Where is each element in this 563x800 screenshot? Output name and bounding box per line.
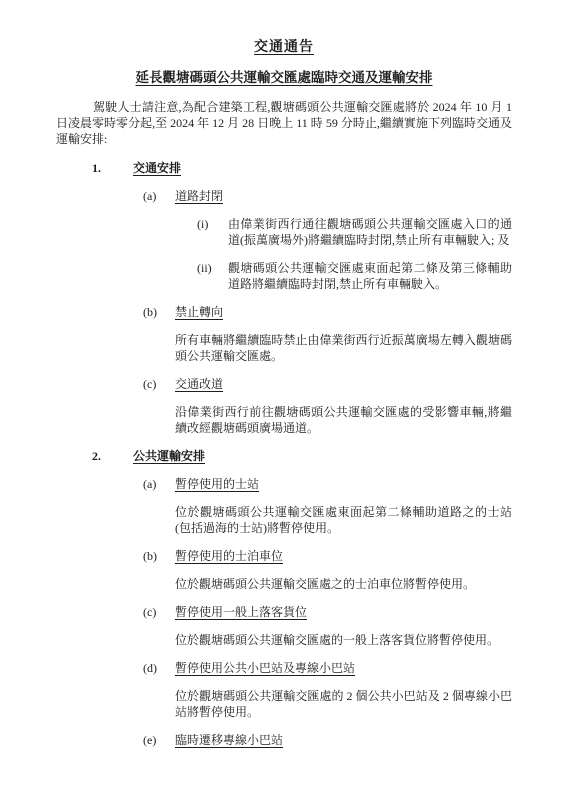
item-1b-heading-row: (b) 禁止轉向 [143,304,512,320]
item-1a-heading-row: (a) 道路封閉 [143,188,512,204]
subitem-marker: (i) [197,216,228,232]
item-marker: (d) [143,660,175,676]
item-marker: (c) [143,604,175,620]
item-2c-body: 位於觀塘碼頭公共運輸交匯處的一般上落客貨位將暫停使用。 [175,632,512,648]
item-heading: 臨時遷移專線小巴站 [175,732,283,748]
item-2a-body: 位於觀塘碼頭公共運輸交匯處東面起第二條輔助道路之的士站(包括過海的士站)將暫停使… [175,504,512,536]
item-2e-heading-row: (e) 臨時遷移專線小巴站 [143,732,512,748]
subitem-1a-i-row: (i) 由偉業街西行通往觀塘碼頭公共運輸交匯處入口的通道(振萬廣場外)將繼續臨時… [197,216,512,248]
item-heading: 暫停使用公共小巴站及專線小巴站 [175,660,355,676]
item-marker: (c) [143,376,175,392]
item-2b-heading-row: (b) 暫停使用的士泊車位 [143,548,512,564]
item-2c-heading-row: (c) 暫停使用一般上落客貨位 [143,604,512,620]
item-heading: 暫停使用的士站 [175,476,259,492]
section-heading: 公共運輸安排 [133,448,205,464]
item-marker: (e) [143,732,175,748]
subitem-1a-ii-row: (ii) 觀塘碼頭公共運輸交匯處東面起第二條及第三條輔助道路將繼續臨時封閉,禁止… [197,260,512,292]
doc-title: 交通通告 [56,39,512,56]
section-1-heading-row: 1. 交通安排 [92,160,512,176]
item-marker: (b) [143,304,175,320]
item-marker: (b) [143,548,175,564]
section-2-heading-row: 2. 公共運輸安排 [92,448,512,464]
item-heading: 交通改道 [175,376,223,392]
section-number: 1. [92,160,133,176]
intro-paragraph: 駕駛人士請注意,為配合建築工程,觀塘碼頭公共運輸交匯處將於 2024 年 10 … [56,99,512,147]
subitem-text: 由偉業街西行通往觀塘碼頭公共運輸交匯處入口的通道(振萬廣場外)將繼續臨時封閉,禁… [228,216,512,248]
item-marker: (a) [143,188,175,204]
item-heading: 暫停使用一般上落客貨位 [175,604,307,620]
item-2a-heading-row: (a) 暫停使用的士站 [143,476,512,492]
item-1b-body: 所有車輛將繼續臨時禁止由偉業街西行近振萬廣場左轉入觀塘碼頭公共運輸交匯處。 [175,332,512,364]
item-2b-body: 位於觀塘碼頭公共運輸交匯處之的士泊車位將暫停使用。 [175,576,512,592]
section-heading: 交通安排 [133,160,181,176]
subitem-marker: (ii) [197,260,228,276]
doc-title-text: 交通通告 [254,40,314,55]
document-page: 交通通告 延長觀塘碼頭公共運輸交匯處臨時交通及運輸安排 駕駛人士請注意,為配合建… [0,0,563,800]
item-1c-heading-row: (c) 交通改道 [143,376,512,392]
item-1c-body: 沿偉業街西行前往觀塘碼頭公共運輸交匯處的受影響車輛,將繼續改經觀塘碼頭廣場通道。 [175,404,512,436]
item-2d-heading-row: (d) 暫停使用公共小巴站及專線小巴站 [143,660,512,676]
doc-subtitle-text: 延長觀塘碼頭公共運輸交匯處臨時交通及運輸安排 [136,70,433,85]
item-marker: (a) [143,476,175,492]
item-heading: 禁止轉向 [175,304,223,320]
item-heading: 道路封閉 [175,188,223,204]
section-number: 2. [92,448,133,464]
subitem-text: 觀塘碼頭公共運輸交匯處東面起第二條及第三條輔助道路將繼續臨時封閉,禁止所有車輛駛… [228,260,512,292]
item-2d-body: 位於觀塘碼頭公共運輸交匯處的 2 個公共小巴站及 2 個專線小巴站將暫停使用。 [175,688,512,720]
doc-subtitle: 延長觀塘碼頭公共運輸交匯處臨時交通及運輸安排 [56,69,512,86]
item-heading: 暫停使用的士泊車位 [175,548,283,564]
